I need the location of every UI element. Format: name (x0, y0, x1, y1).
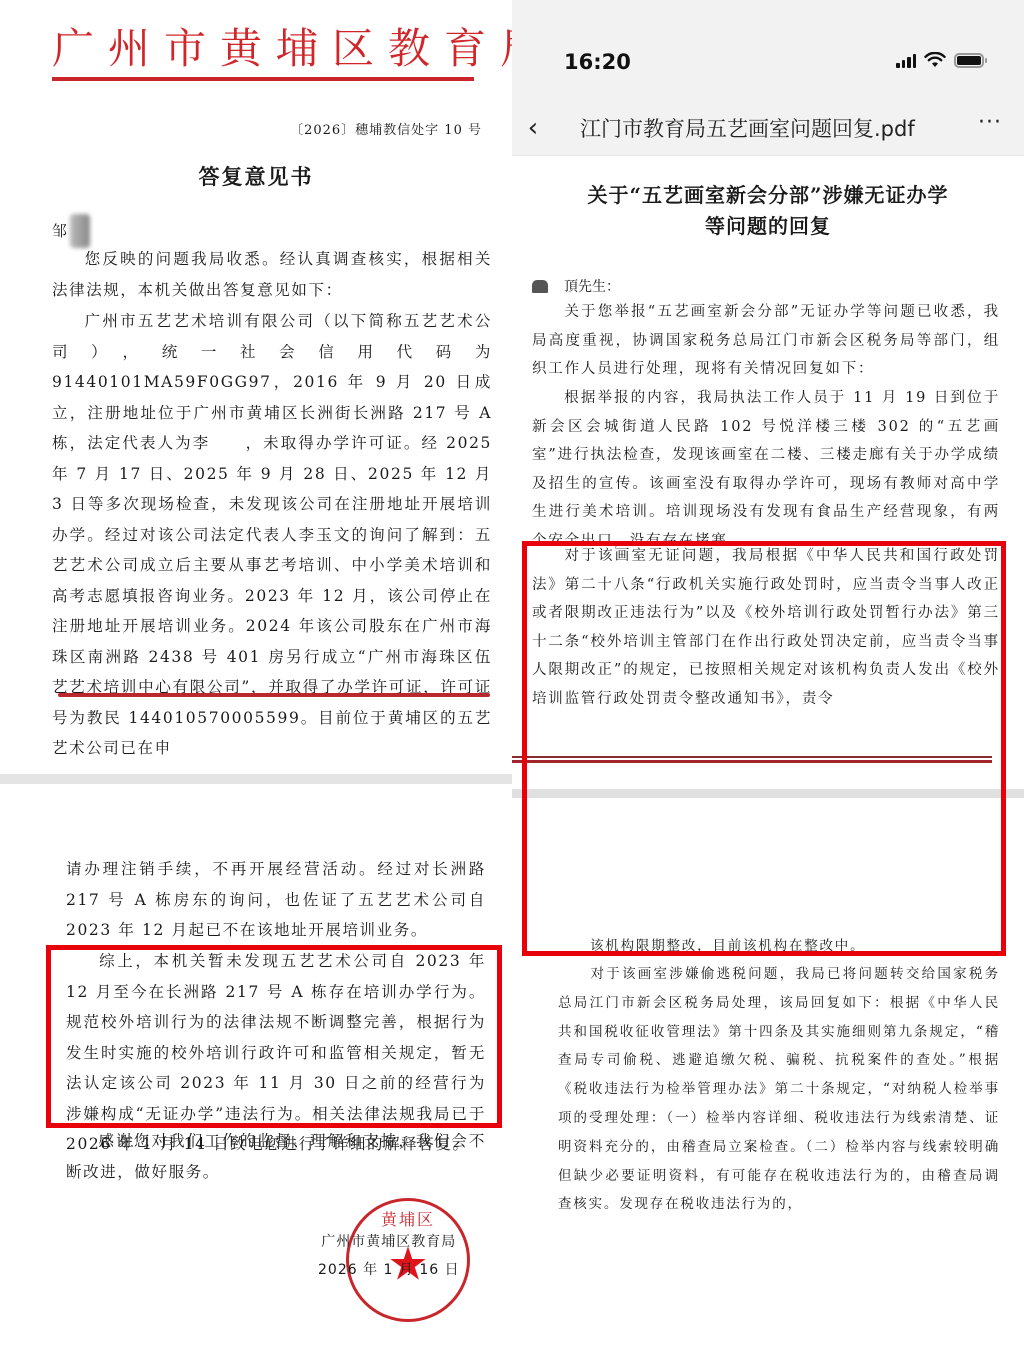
page-separator (0, 774, 512, 784)
signature-block: 广州市黄埔区教育局 2026 年 1 月 16 日 (318, 1228, 460, 1284)
redaction-block (532, 280, 548, 293)
pdf-paragraph-tax: 对于该画室涉嫌偷逃税问题，我局已将问题转交给国家税务总局江门市新会区税务局处理，… (558, 960, 1000, 1219)
seal-text: 黄埔区 (349, 1207, 467, 1230)
signature-date: 2026 年 1 月 16 日 (318, 1256, 460, 1284)
cellular-signal-icon (896, 52, 916, 68)
redacted-name-blur (70, 214, 90, 248)
pdf-paragraph-receipt: 关于您举报“五艺画室新会分部”无证办学等问题已收悉，我局高度重视，协调国家税务总… (532, 298, 1000, 384)
letterhead-red-rule (52, 77, 474, 81)
document-heading: 答复意见书 (0, 161, 512, 191)
pdf-file-title: 江门市教育局五艺画室问题回复.pdf (580, 113, 915, 143)
left-document: 广州市黄埔区教育局 〔2026〕穗埔教信处字 10 号 答复意见书 邹 您反映的… (0, 0, 512, 1365)
paragraph-intro: 您反映的问题我局收悉。经认真调查核实，根据相关法律法规，本机关做出答复意见如下： (52, 244, 492, 305)
document-number: 〔2026〕穗埔教信处字 10 号 (290, 119, 482, 138)
salutation: 邹 (52, 220, 67, 241)
pdf-nav-bar: ‹ 江门市教育局五艺画室问题回复.pdf ··· (512, 100, 1024, 156)
signature-agency: 广州市黄埔区教育局 (318, 1228, 460, 1256)
salutation-text: 頂先生： (564, 276, 620, 296)
pdf-title-line-2: 等问题的回复 (512, 211, 1024, 242)
more-options-button[interactable]: ··· (978, 110, 1002, 135)
agency-letterhead-title: 广州市黄埔区教育局 (52, 24, 484, 74)
page-footer-rule-red (512, 760, 992, 763)
paragraph-continuation: 请办理注销手续，不再开展经营活动。经过对长洲路 217 号 A 栋房东的询问，也… (66, 854, 486, 946)
pdf-paragraph-unlicensed: 对于该画室无证问题，我局根据《中华人民共和国行政处罚法》第二十八条“行政机关实施… (532, 542, 1000, 713)
status-bar: 16:20 (512, 0, 1024, 100)
status-icons (896, 52, 984, 68)
status-time: 16:20 (564, 50, 631, 74)
pdf-title-line-1: 关于“五艺画室新会分部”涉嫌无证办学 (512, 180, 1024, 211)
pdf-paragraph-inspection: 根据举报的内容，我局执法工作人员于 11 月 19 日到位于新会区会城街道人民路… (532, 384, 1000, 555)
page-footer-red-rule (58, 693, 490, 697)
paragraph-thanks: 感谢您对我们工作的监督、理解和支持，我们会不断改进，做好服务。 (66, 1126, 486, 1187)
page-footer-rule-dark (512, 756, 992, 758)
phone-pdf-viewer: 16:20 ‹ 江门市教育局五艺画室问题回复.pdf ··· 关于“五艺画室新会… (512, 0, 1024, 1365)
pdf-paragraph-rectification: 该机构限期整改，目前该机构在整改中。 (558, 932, 998, 961)
highlight-box-conclusion (46, 945, 502, 1128)
pdf-document-title: 关于“五艺画室新会分部”涉嫌无证办学 等问题的回复 (512, 180, 1024, 242)
back-button[interactable]: ‹ (518, 108, 548, 148)
battery-icon (954, 53, 984, 68)
pdf-page-separator (512, 789, 1024, 798)
wifi-icon (924, 52, 946, 68)
pdf-salutation: 頂先生： (532, 276, 620, 296)
